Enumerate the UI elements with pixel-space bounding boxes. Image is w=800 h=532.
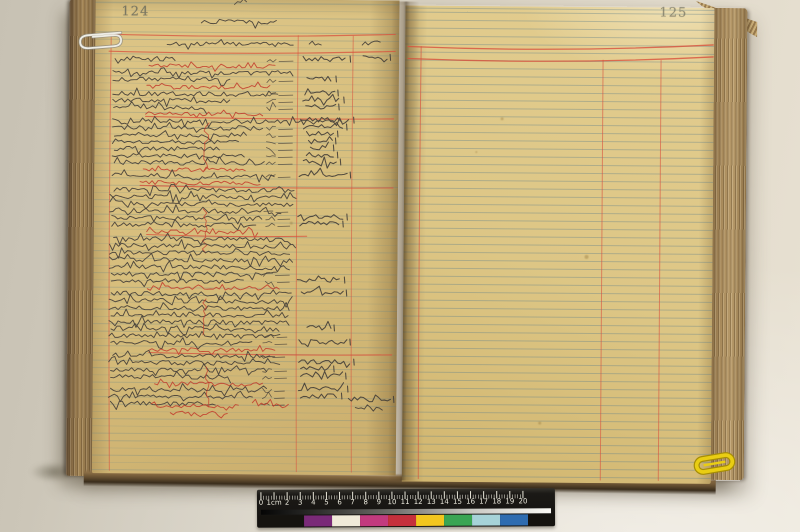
handwriting-stroke xyxy=(147,282,279,291)
handwriting-stroke xyxy=(109,32,395,37)
handwriting-stroke xyxy=(112,139,238,145)
ruler-number: 15 xyxy=(453,498,462,507)
ruler-number: 10 xyxy=(387,498,396,507)
handwriting-stroke xyxy=(201,19,276,28)
handwriting-stroke xyxy=(266,156,292,158)
handwriting-stroke xyxy=(114,102,207,114)
handwriting-stroke xyxy=(111,323,279,336)
handwriting-stroke xyxy=(110,204,281,216)
handwriting-stroke xyxy=(114,156,264,166)
handwriting-stroke xyxy=(149,62,275,72)
handwriting-stroke xyxy=(307,76,337,82)
handwriting-overlay xyxy=(62,0,754,493)
handwriting-stroke xyxy=(147,234,307,237)
ruler-number: 18 xyxy=(492,498,501,507)
handwriting-stroke xyxy=(113,115,341,128)
handwriting-stroke xyxy=(300,221,344,227)
handwriting-stroke xyxy=(146,116,394,119)
ruler-numbers: 01cm234567891011121314151617181920 xyxy=(257,497,555,508)
handwriting-stroke xyxy=(600,60,604,480)
ruler-number: 17 xyxy=(479,498,488,507)
handwriting-stroke xyxy=(306,131,338,137)
handwriting-stroke xyxy=(304,122,348,130)
handwriting-stroke xyxy=(113,88,278,97)
ruler-number: 8 xyxy=(364,498,369,507)
handwriting-stroke xyxy=(263,376,287,379)
handwriting-stroke xyxy=(205,367,209,407)
handwriting-stroke xyxy=(111,309,288,318)
ruler-color-patches xyxy=(258,514,554,527)
color-patch xyxy=(258,516,304,527)
handwriting-stroke xyxy=(108,390,252,402)
color-patch xyxy=(444,515,472,526)
handwriting-stroke xyxy=(300,393,342,399)
handwriting-stroke xyxy=(113,350,275,361)
handwriting-stroke xyxy=(143,166,245,172)
handwriting-stroke xyxy=(350,36,355,472)
handwriting-stroke xyxy=(310,142,334,151)
handwriting-stroke xyxy=(112,122,262,133)
ruler-number: 7 xyxy=(350,498,355,507)
paperclip xyxy=(74,22,131,62)
color-patch xyxy=(388,515,416,526)
handwriting-stroke xyxy=(111,363,267,376)
handwriting-stroke xyxy=(297,276,345,283)
color-patch xyxy=(472,515,500,526)
handwriting-stroke xyxy=(109,295,292,308)
handwriting-stroke xyxy=(264,211,288,213)
handwriting-stroke xyxy=(362,41,380,45)
handwriting-stroke xyxy=(267,102,293,111)
handwriting-stroke xyxy=(109,253,292,267)
handwriting-stroke xyxy=(299,359,355,368)
ledger-book: 124 125 xyxy=(62,0,754,493)
handwriting-stroke xyxy=(252,399,288,407)
ruler-number: 20 xyxy=(518,497,527,506)
handwriting-stroke xyxy=(309,41,321,45)
ruler-number: 3 xyxy=(298,499,303,508)
handwriting-stroke xyxy=(363,54,391,62)
handwriting-stroke xyxy=(109,260,289,272)
handwriting-stroke xyxy=(308,136,336,144)
handwriting-stroke xyxy=(298,382,348,392)
handwriting-stroke xyxy=(113,96,230,107)
paper-stain xyxy=(475,151,477,153)
paper-stain xyxy=(290,222,293,225)
handwriting-stroke xyxy=(112,219,256,230)
handwriting-stroke xyxy=(147,81,270,90)
handwriting-stroke xyxy=(111,289,291,301)
handwriting-stroke xyxy=(303,56,351,62)
handwriting-stroke xyxy=(306,104,340,110)
handwriting-stroke xyxy=(109,49,395,54)
handwriting-stroke xyxy=(307,321,335,331)
handwriting-stroke xyxy=(266,217,290,221)
ruler-number: 12 xyxy=(414,498,423,507)
handwriting-stroke xyxy=(303,157,341,168)
ruler-number: 6 xyxy=(337,498,342,507)
handwriting-stroke xyxy=(299,168,351,178)
handwriting-stroke xyxy=(170,411,227,418)
handwriting-stroke xyxy=(417,47,421,479)
handwriting-stroke xyxy=(266,223,290,226)
handwriting-stroke xyxy=(114,233,291,246)
paper-stain xyxy=(501,117,504,120)
handwriting-stroke xyxy=(408,55,713,63)
handwriting-stroke xyxy=(299,339,351,347)
ruler-number: 11 xyxy=(401,498,410,507)
handwriting-stroke xyxy=(110,248,290,260)
color-patch xyxy=(304,515,332,526)
ruler-number: 0 xyxy=(259,499,264,508)
handwriting-stroke xyxy=(262,388,284,392)
handwriting-stroke xyxy=(267,126,293,130)
handwriting-stroke xyxy=(306,152,338,158)
handwriting-stroke xyxy=(298,214,348,221)
color-patch xyxy=(332,515,360,526)
paper-stain xyxy=(585,255,589,259)
scale-bar: 01cm234567891011121314151617181920 xyxy=(257,488,555,528)
handwriting-stroke xyxy=(111,371,231,383)
ruler-number: 4 xyxy=(311,498,316,507)
handwriting-stroke xyxy=(262,392,284,399)
ruler-number: 19 xyxy=(505,497,514,506)
ruler-number: 2 xyxy=(285,499,290,508)
handwriting-stroke xyxy=(267,79,293,83)
handwriting-stroke xyxy=(167,39,293,50)
handwriting-stroke xyxy=(295,36,300,472)
handwriting-stroke xyxy=(112,213,262,224)
handwriting-stroke xyxy=(149,353,392,356)
handwriting-stroke xyxy=(301,364,335,372)
handwriting-stroke xyxy=(263,273,289,277)
handwriting-stroke xyxy=(266,148,292,156)
handwriting-stroke xyxy=(301,286,347,296)
handwriting-stroke xyxy=(140,185,393,188)
handwriting-stroke xyxy=(266,142,292,144)
handwriting-stroke xyxy=(235,0,247,5)
handwriting-stroke xyxy=(263,341,287,344)
handwriting-stroke xyxy=(140,180,260,185)
handwriting-stroke xyxy=(114,130,246,140)
ruler-number: 9 xyxy=(377,498,382,507)
handwriting-stroke xyxy=(267,59,293,62)
handwriting-stroke xyxy=(348,395,394,403)
color-patch xyxy=(416,515,444,526)
handwriting-stroke xyxy=(266,134,292,138)
handwriting-stroke xyxy=(110,401,215,410)
handwriting-stroke xyxy=(267,99,293,103)
ruler-number: 13 xyxy=(427,498,436,507)
ledger-photo-scene: 124 125 01cm2345678910111213141516171819… xyxy=(0,0,800,532)
ruler-number: 14 xyxy=(440,498,449,507)
handwriting-stroke xyxy=(112,153,244,159)
paper-stain xyxy=(538,422,541,425)
handwriting-stroke xyxy=(408,43,713,51)
ruler-number: 16 xyxy=(466,498,475,507)
color-patch xyxy=(528,514,554,525)
handwriting-stroke xyxy=(355,405,382,411)
handwriting-stroke xyxy=(301,371,347,379)
color-patch xyxy=(500,514,528,525)
ruler-number: 5 xyxy=(324,498,329,507)
handwriting-stroke xyxy=(266,162,292,165)
handwriting-stroke xyxy=(658,61,662,481)
handwriting-stroke xyxy=(111,337,252,350)
color-patch xyxy=(360,515,388,526)
ruler-number: 1cm xyxy=(266,499,281,508)
